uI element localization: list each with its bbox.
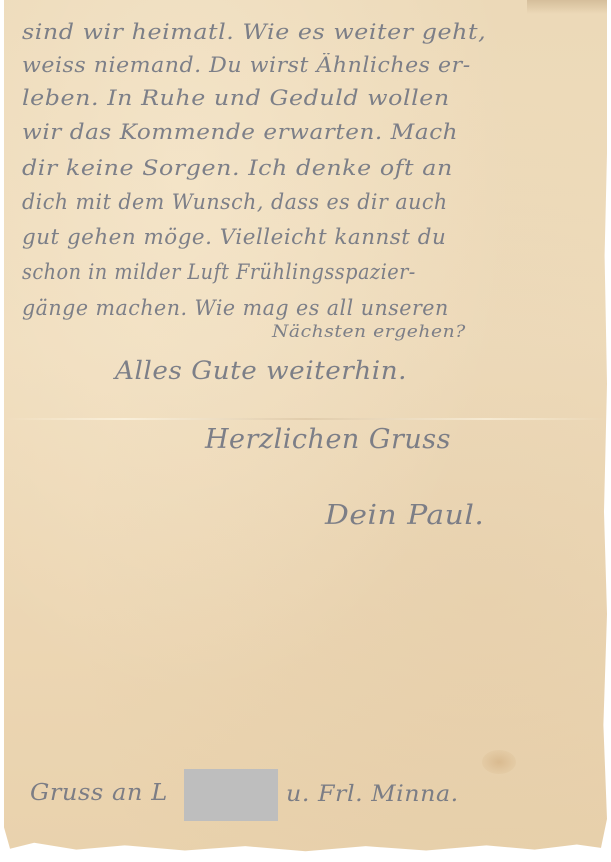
body-line: schon in milder Luft Frühlingsspazier- bbox=[22, 260, 416, 284]
postscript-greeting: Gruss an L bbox=[30, 780, 168, 806]
body-line: wir das Kommende erwarten. Mach bbox=[22, 120, 458, 144]
postscript-names: u. Frl. Minna. bbox=[286, 782, 459, 807]
body-line: dich mit dem Wunsch, dass es dir auch bbox=[22, 190, 448, 214]
paper-fold-line bbox=[4, 418, 607, 420]
paper-stain bbox=[482, 750, 516, 774]
redaction-box bbox=[184, 769, 278, 821]
body-line: sind wir heimatl. Wie es weiter geht, bbox=[22, 20, 486, 44]
body-line: gut gehen möge. Vielleicht kannst du bbox=[22, 225, 446, 249]
signature: Dein Paul. bbox=[325, 500, 484, 531]
body-line: weiss niemand. Du wirst Ähnliches er- bbox=[22, 53, 471, 77]
body-line: dir keine Sorgen. Ich denke oft an bbox=[22, 156, 453, 180]
insertion-line: Nächsten ergehen? bbox=[272, 322, 466, 342]
paper-corner-shadow bbox=[527, 0, 607, 14]
body-line: leben. In Ruhe und Geduld wollen bbox=[22, 86, 450, 110]
salutation: Herzlichen Gruss bbox=[205, 424, 451, 455]
closing-wish: Alles Gute weiterhin. bbox=[115, 356, 407, 385]
body-line: gänge machen. Wie mag es all unseren bbox=[22, 296, 449, 320]
